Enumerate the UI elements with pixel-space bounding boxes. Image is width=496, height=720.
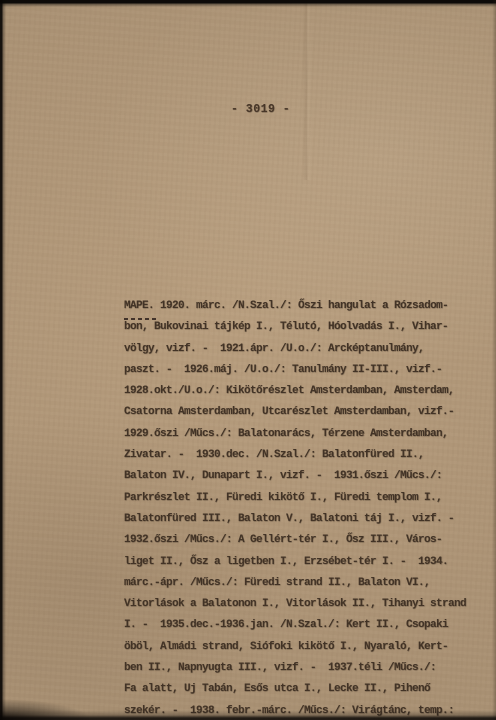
paper-crease xyxy=(302,0,312,180)
text-line: liget II., Ősz a ligetben I., Erzsébet-t… xyxy=(124,552,484,573)
text-line: Csatorna Amsterdamban, Utcarészlet Amste… xyxy=(124,402,484,423)
scan-edge-right xyxy=(492,0,496,720)
text-line: Parkrészlet II., Füredi kikötő I., Füred… xyxy=(124,488,484,509)
scan-edge-left xyxy=(0,0,6,720)
text-line: völgy, vizf. - 1921.ápr. /U.o./: Arcképt… xyxy=(124,339,484,360)
scan-corner-shadow xyxy=(0,694,120,720)
text-line: Balaton IV., Dunapart I., vizf. - 1931.ő… xyxy=(124,466,484,487)
text-line: I. - 1935.dec.-1936.jan. /N.Szal./: Kert… xyxy=(124,615,484,636)
text-line: Fa alatt, Uj Tabán, Esős utca I., Lecke … xyxy=(124,679,484,700)
text-line-first: MAPE. 1920. márc. /N.Szal./: Őszi hangul… xyxy=(124,296,484,317)
text-line: 1929.őszi /Műcs./: Balatonarács, Térzene… xyxy=(124,424,484,445)
text-line: Zivatar. - 1930.dec. /N.Szal./: Balatonf… xyxy=(124,445,484,466)
entry-lead-word: MAPE. xyxy=(124,296,154,317)
text-line: paszt. - 1926.máj. /U.o./: Tanulmány II-… xyxy=(124,360,484,381)
text-line: ben II., Napnyugta III., vizf. - 1937.té… xyxy=(124,658,484,679)
text-line: 1928.okt./U.o./: Kikötőrészlet Amsterdam… xyxy=(124,381,484,402)
entry-text-block: MAPE. 1920. márc. /N.Szal./: Őszi hangul… xyxy=(124,296,484,720)
text-line: öböl, Almádi strand, Siófoki kikötő I., … xyxy=(124,637,484,658)
text-line-first-rest: 1920. márc. /N.Szal./: Őszi hangulat a R… xyxy=(154,300,448,312)
text-line: Balatonfüred III., Balaton V., Balatoni … xyxy=(124,509,484,530)
scan-edge-top xyxy=(0,0,496,7)
page-number: - 3019 - xyxy=(231,103,290,116)
scanned-page: - 3019 - MAPE. 1920. márc. /N.Szal./: Ős… xyxy=(0,0,496,720)
text-line: bon, Bukovinai tájkép I., Télutó, Hóolva… xyxy=(124,317,484,338)
text-line: 1932.őszi /Műcs./: A Gellért-tér I., Ősz… xyxy=(124,530,484,551)
text-line: márc.-ápr. /Műcs./: Füredi strand II., B… xyxy=(124,573,484,594)
text-line: Vitorlások a Balatonon I., Vitorlások II… xyxy=(124,594,484,615)
